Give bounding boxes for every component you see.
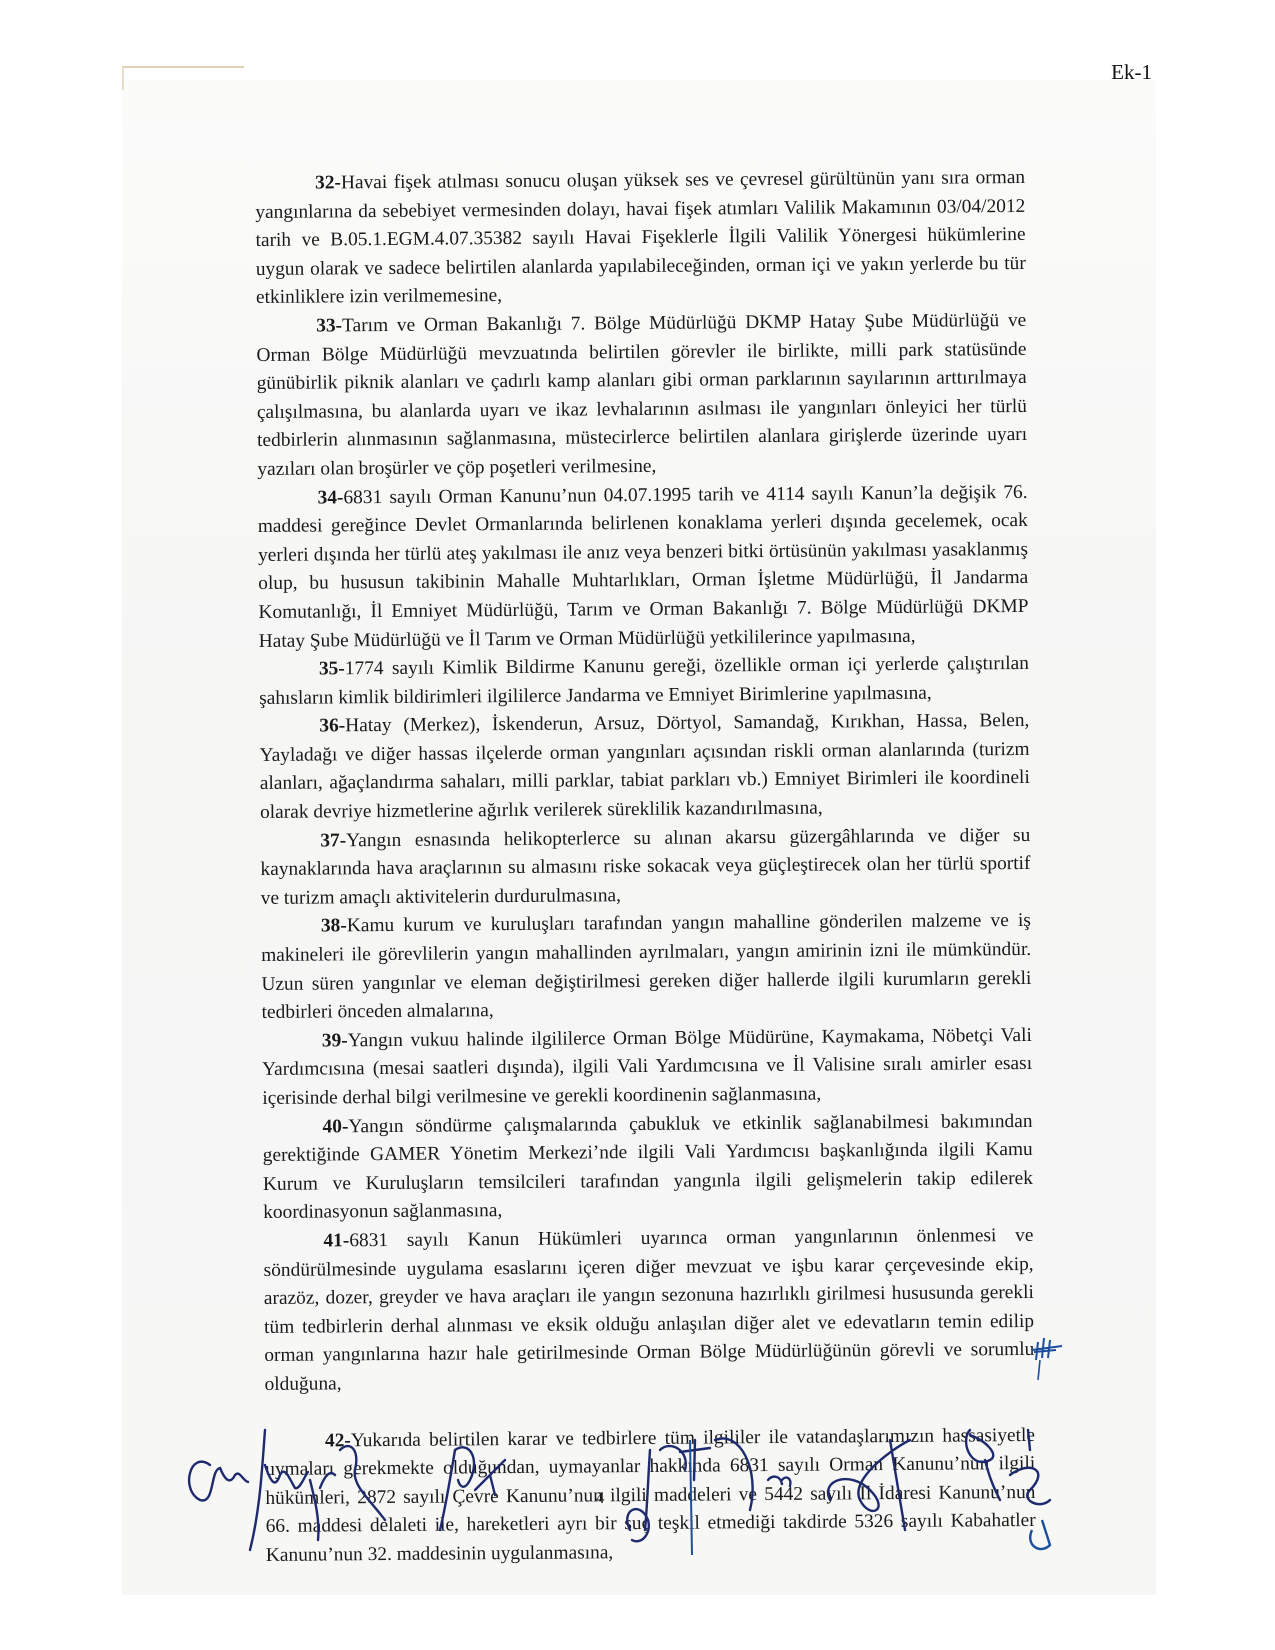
paragraph-33: 33-Tarım ve Orman Bakanlığı 7. Bölge Müd… (256, 307, 1027, 485)
item-number: 38- (321, 916, 347, 937)
item-text: Kamu kurum ve kuruluşları tarafından yan… (261, 910, 1031, 1023)
item-number: 35- (319, 658, 345, 679)
paragraph-35: 35-1774 sayılı Kimlik Bildirme Kanunu ge… (259, 650, 1029, 713)
annex-label: Ek-1 (1111, 60, 1152, 85)
item-number: 32- (315, 172, 341, 193)
signature-row (170, 1380, 1130, 1560)
margin-initial-signature (1022, 1320, 1072, 1380)
item-text: Yangın vukuu halinde ilgililerce Orman B… (262, 1025, 1032, 1109)
paper-edge (122, 66, 244, 90)
item-text: Havai fişek atılması sonucu oluşan yükse… (255, 167, 1026, 308)
paragraph-36: 36-Hatay (Merkez), İskenderun, Arsuz, Dö… (259, 707, 1030, 827)
item-number: 41- (323, 1230, 349, 1251)
item-text: Yangın söndürme çalışmalarında çabukluk … (263, 1111, 1033, 1224)
document-body: 32-Havai fişek atılması sonucu oluşan yü… (255, 164, 1036, 1571)
page-number: 4 (596, 1488, 605, 1508)
handwritten-signatures-icon (170, 1380, 1130, 1560)
item-number: 36- (319, 716, 345, 737)
paragraph-32: 32-Havai fişek atılması sonucu oluşan yü… (255, 164, 1026, 313)
paragraph-41: 41-6831 sayılı Kanun Hükümleri uyarınca … (263, 1222, 1034, 1400)
item-number: 33- (316, 315, 342, 336)
item-text: 6831 sayılı Kanun Hükümleri uyarınca orm… (264, 1225, 1035, 1395)
item-number: 34- (317, 487, 343, 508)
item-text: Yangın esnasında helikopterlerce su alın… (260, 825, 1030, 909)
item-number: 37- (320, 830, 346, 851)
item-number: 39- (322, 1030, 348, 1051)
paragraph-38: 38-Kamu kurum ve kuruluşları tarafından … (261, 907, 1032, 1027)
paragraph-34: 34-6831 sayılı Orman Kanunu’nun 04.07.19… (257, 478, 1028, 656)
paragraph-39: 39-Yangın vukuu halinde ilgililerce Orma… (262, 1022, 1033, 1114)
item-text: Tarım ve Orman Bakanlığı 7. Bölge Müdürl… (256, 310, 1027, 480)
item-text: Hatay (Merkez), İskenderun, Arsuz, Dörty… (260, 710, 1030, 823)
item-text: 6831 sayılı Orman Kanunu’nun 04.07.1995 … (258, 481, 1029, 651)
initial-scribble-icon (1022, 1320, 1072, 1380)
paragraph-40: 40-Yangın söndürme çalışmalarında çabukl… (262, 1108, 1033, 1228)
item-text: 1774 sayılı Kimlik Bildirme Kanunu gereğ… (259, 653, 1029, 709)
item-number: 40- (322, 1116, 348, 1137)
paragraph-37: 37-Yangın esnasında helikopterlerce su a… (260, 822, 1031, 914)
